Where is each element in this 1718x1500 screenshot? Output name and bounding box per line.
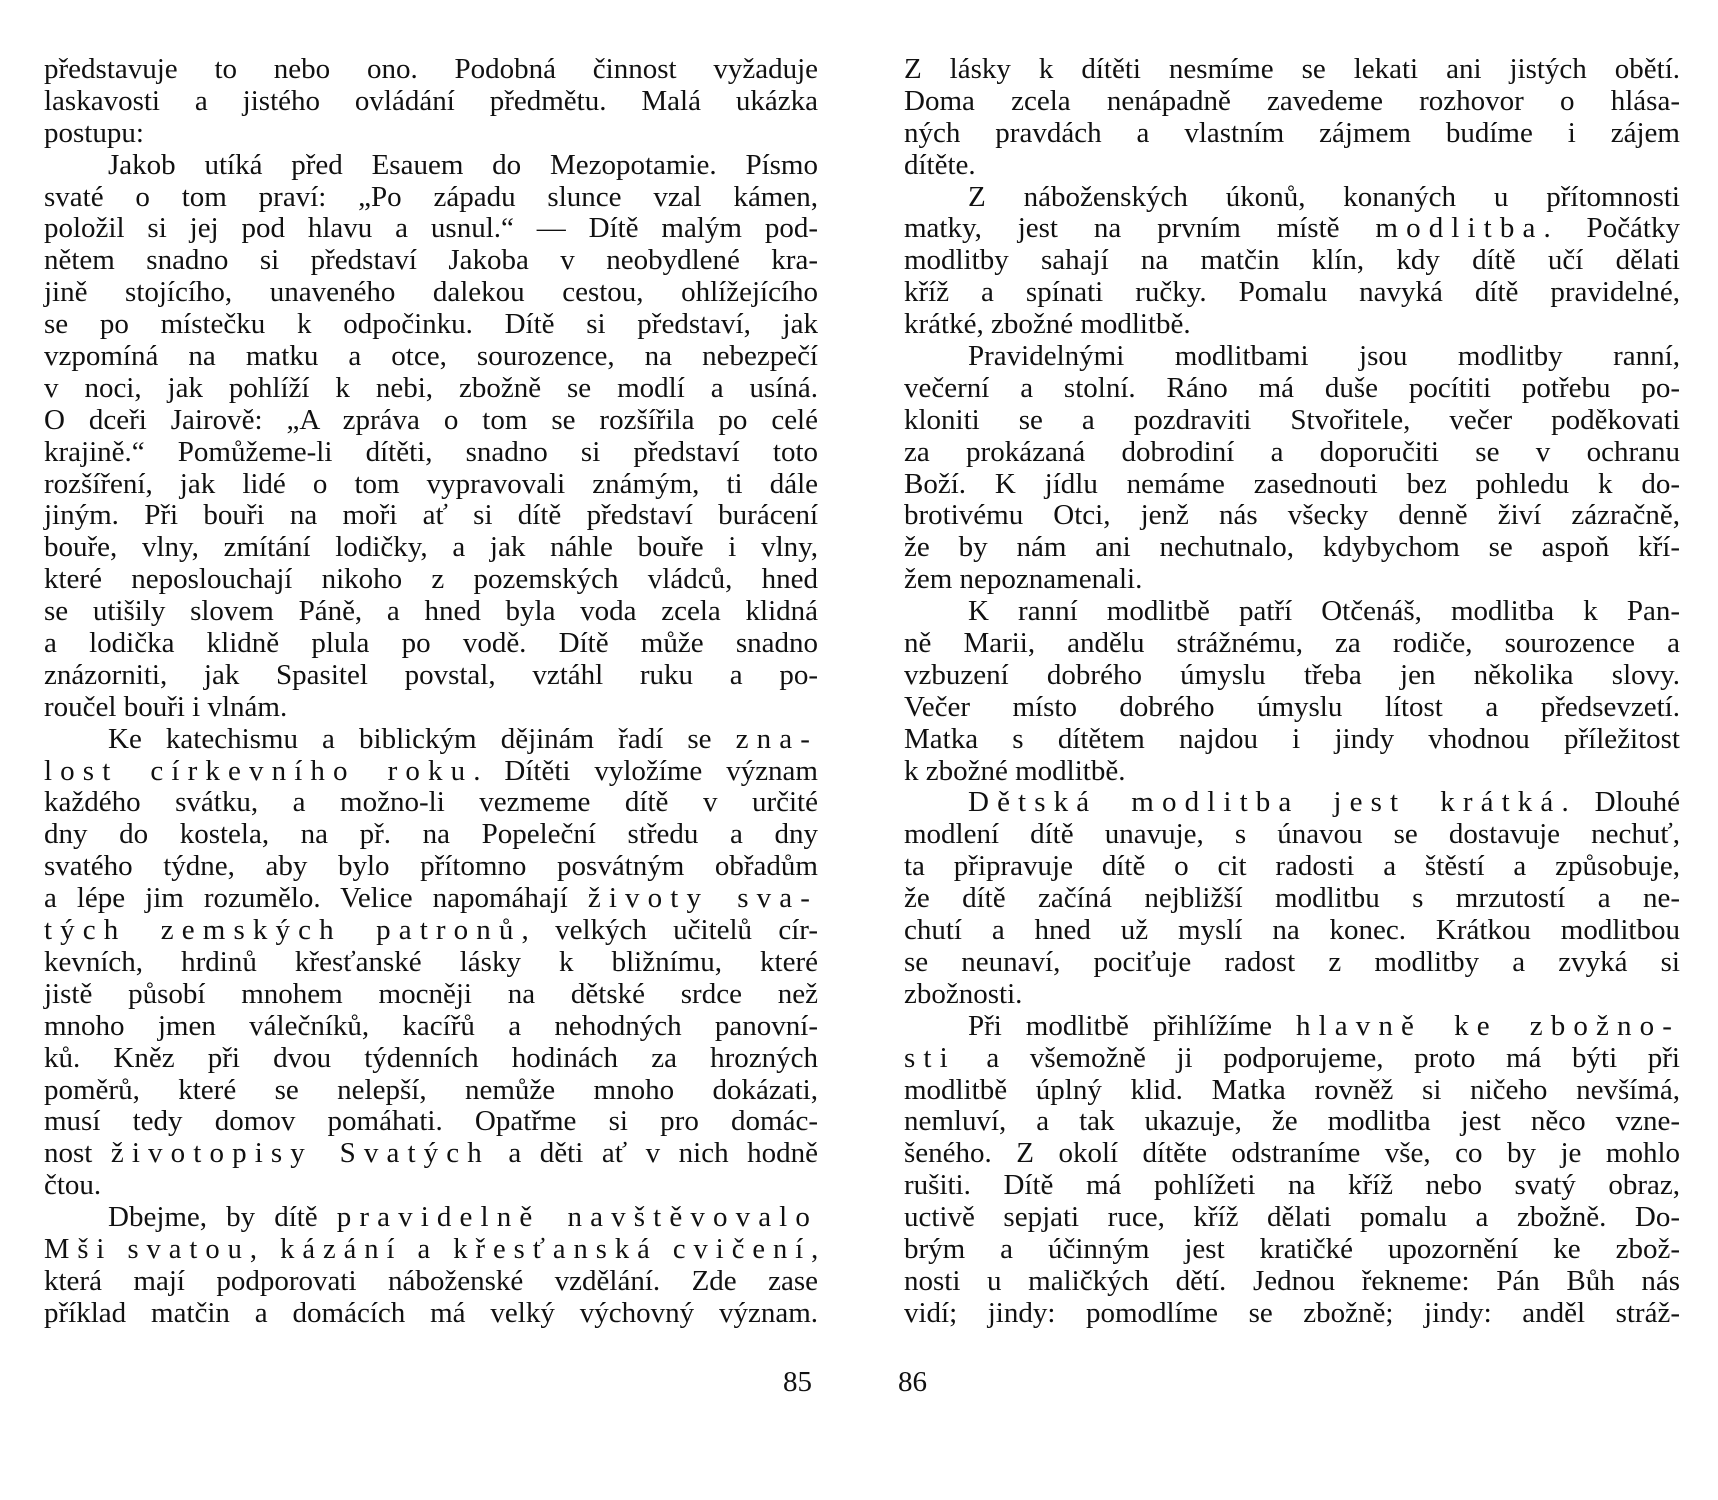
- emphasized-spaced-text: životy sva-: [588, 882, 818, 914]
- text-line: Matka s dítětem najdou i jindy vhodnou p…: [904, 724, 1680, 756]
- text-line: sti a všemožně ji podporujeme, proto má …: [904, 1043, 1680, 1075]
- text-line: ků. Kněz při dvou týdenních hodinách za …: [44, 1043, 818, 1075]
- text-segment: Ke katechismu a biblickým dějinám řadí s…: [108, 723, 736, 755]
- text-line: které neposlouchají nikoho z pozemských …: [44, 564, 818, 596]
- emphasized-spaced-text: lost církevního roku: [44, 755, 473, 787]
- text-segment: . Dítěti vyložíme význam: [473, 755, 818, 787]
- text-line: Z náboženských úkonů, konaných u přítomn…: [904, 182, 1680, 214]
- text-line: modlení dítě unavuje, s únavou se dostav…: [904, 819, 1680, 851]
- emphasized-spaced-text: pravidelně navštěvovalo: [337, 1201, 818, 1233]
- emphasized-spaced-text: Mši svatou, kázání a křesťanská cvičení: [44, 1233, 811, 1265]
- text-line: rušiti. Dítě má pohlížeti na kříž nebo s…: [904, 1170, 1680, 1202]
- text-line: Boží. K jídlu nemáme zasednouti bez pohl…: [904, 469, 1680, 501]
- emphasized-spaced-text: modlitba: [1375, 212, 1543, 244]
- text-line: a lépe jim rozumělo. Velice napomáhají ž…: [44, 883, 818, 915]
- text-line: jistě působí mnohem mocněji na dětské sr…: [44, 979, 818, 1011]
- text-line: nětem snadno si představí Jakoba v neoby…: [44, 245, 818, 277]
- text-line: se neunaví, pociťuje radost z modlitby a…: [904, 947, 1680, 979]
- text-line: jiným. Při bouři na moři ať si dítě před…: [44, 500, 818, 532]
- emphasized-spaced-text: Dětská modlitba jest krátká: [968, 786, 1561, 818]
- text-line: svaté o tom praví: „Po západu slunce vza…: [44, 182, 818, 214]
- text-line: brým a účinným jest kratičké upozornění …: [904, 1234, 1680, 1266]
- text-line: kříž a spínati ručky. Pomalu navyká dítě…: [904, 277, 1680, 309]
- text-line: vzbuzení dobrého úmyslu třeba jen několi…: [904, 660, 1680, 692]
- text-line: zbožnosti.: [904, 979, 1680, 1011]
- text-line: kloniti se a pozdraviti Stvořitele, veče…: [904, 405, 1680, 437]
- text-line: roučel bouři i vlnám.: [44, 692, 818, 724]
- text-line: jině stojícího, unaveného dalekou cestou…: [44, 277, 818, 309]
- text-line: Doma zcela nenápadně zavedeme rozhovor o…: [904, 86, 1680, 118]
- text-line: kevních, hrdinů křesťanské lásky k bližn…: [44, 947, 818, 979]
- text-line: vzpomíná na matku a otce, sourozence, na…: [44, 341, 818, 373]
- text-line: bouře, vlny, zmítání lodičky, a jak náhl…: [44, 532, 818, 564]
- text-line: čtou.: [44, 1170, 818, 1202]
- text-line: Z lásky k dítěti nesmíme se lekati ani j…: [904, 54, 1680, 86]
- text-line: šeného. Z okolí dítěte odstraníme vše, c…: [904, 1138, 1680, 1170]
- text-segment: Dbejme, by dítě: [108, 1201, 337, 1233]
- text-line: tých zemských patronů, velkých učitelů c…: [44, 915, 818, 947]
- text-line: v noci, jak pohlíží k nebi, zbožně se mo…: [44, 373, 818, 405]
- text-segment: nost: [44, 1137, 111, 1169]
- text-line: k zbožné modlitbě.: [904, 756, 1680, 788]
- text-line: Jakob utíká před Esauem do Mezopotamie. …: [44, 150, 818, 182]
- text-line: Ke katechismu a biblickým dějinám řadí s…: [44, 724, 818, 756]
- text-line: že dítě začíná nejbližší modlitbu s mrzu…: [904, 883, 1680, 915]
- text-line: musí tedy domov pomáhati. Opatřme si pro…: [44, 1106, 818, 1138]
- text-line: lost církevního roku. Dítěti vyložíme vý…: [44, 756, 818, 788]
- text-line: matky, jest na prvním místě modlitba. Po…: [904, 213, 1680, 245]
- page-number-right: 86: [898, 1366, 927, 1399]
- text-line: laskavosti a jistého ovládání předmětu. …: [44, 86, 818, 118]
- text-line: položil si jej pod hlavu a usnul.“ — Dít…: [44, 213, 818, 245]
- text-line: Pravidelnými modlitbami jsou modlitby ra…: [904, 341, 1680, 373]
- text-line: modlitby sahají na matčin klín, kdy dítě…: [904, 245, 1680, 277]
- text-line: která mají podporovati náboženské vzdělá…: [44, 1266, 818, 1298]
- text-line: Při modlitbě přihlížíme hlavně ke zbožno…: [904, 1011, 1680, 1043]
- text-line: ně Marii, andělu strážnému, za rodiče, s…: [904, 628, 1680, 660]
- text-line: postupu:: [44, 118, 818, 150]
- text-line: dítěte.: [904, 150, 1680, 182]
- emphasized-spaced-text: sti: [904, 1042, 956, 1074]
- right-page-text: Z lásky k dítěti nesmíme se lekati ani j…: [904, 54, 1680, 1330]
- text-line: ta připravuje dítě o cit radosti a štěst…: [904, 851, 1680, 883]
- text-line: mnoho jmen válečníků, kacířů a nehodných…: [44, 1011, 818, 1043]
- text-line: žem nepoznamenali.: [904, 564, 1680, 596]
- text-line: vidí; jindy: pomodlíme se zbožně; jindy:…: [904, 1298, 1680, 1330]
- text-line: se po místečku k odpočinku. Dítě si před…: [44, 309, 818, 341]
- text-segment: a lépe jim rozumělo. Velice napomáhají: [44, 882, 588, 914]
- text-segment: ,: [811, 1233, 818, 1265]
- text-line: Mši svatou, kázání a křesťanská cvičení,: [44, 1234, 818, 1266]
- text-segment: matky, jest na prvním místě: [904, 212, 1375, 244]
- text-line: za prokázaná dobrodiní a doporučiti se v…: [904, 437, 1680, 469]
- text-line: a lodička klidně plula po vodě. Dítě můž…: [44, 628, 818, 660]
- text-line: večerní a stolní. Ráno má duše pocítiti …: [904, 373, 1680, 405]
- emphasized-spaced-text: tých zemských patronů: [44, 914, 522, 946]
- text-line: svatého týdne, aby bylo přítomno posvátn…: [44, 851, 818, 883]
- text-line: Dbejme, by dítě pravidelně navštěvovalo: [44, 1202, 818, 1234]
- text-line: rozšíření, jak lidé o tom vypravovali zn…: [44, 469, 818, 501]
- emphasized-spaced-text: hlavně ke zbožno-: [1296, 1010, 1680, 1042]
- text-line: znázorniti, jak Spasitel povstal, vztáhl…: [44, 660, 818, 692]
- text-line: K ranní modlitbě patří Otčenáš, modlitba…: [904, 596, 1680, 628]
- text-line: Dětská modlitba jest krátká. Dlouhé: [904, 787, 1680, 819]
- text-segment: a všemožně ji podporujeme, proto má býti…: [956, 1042, 1680, 1074]
- text-segment: , velkých učitelů cír-: [522, 914, 818, 946]
- text-segment: a děti ať v nich hodně: [490, 1137, 818, 1169]
- text-line: nemluví, a tak ukazuje, že modlitba jest…: [904, 1106, 1680, 1138]
- text-line: Večer místo dobrého úmyslu lítost a před…: [904, 692, 1680, 724]
- text-line: příklad matčin a domácích má velký výcho…: [44, 1298, 818, 1330]
- emphasized-spaced-text: životopisy Svatých: [111, 1137, 490, 1169]
- text-line: poměrů, které se nelepší, nemůže mnoho d…: [44, 1075, 818, 1107]
- text-line: nosti u maličkých dětí. Jednou řekneme: …: [904, 1266, 1680, 1298]
- text-line: dny do kostela, na př. na Popeleční stře…: [44, 819, 818, 851]
- text-segment: . Dlouhé: [1561, 786, 1680, 818]
- text-line: se utišily slovem Páně, a hned byla voda…: [44, 596, 818, 628]
- text-line: krátké, zbožné modlitbě.: [904, 309, 1680, 341]
- text-segment: Při modlitbě přihlížíme: [968, 1010, 1296, 1042]
- text-line: modlitbě úplný klid. Matka rovněž si nič…: [904, 1075, 1680, 1107]
- text-line: ných pravdách a vlastním zájmem budíme i…: [904, 118, 1680, 150]
- text-line: představuje to nebo ono. Podobná činnost…: [44, 54, 818, 86]
- text-line: uctivě sepjati ruce, kříž dělati pomalu …: [904, 1202, 1680, 1234]
- text-line: každého svátku, a možno-li vezmeme dítě …: [44, 787, 818, 819]
- text-line: nost životopisy Svatých a děti ať v nich…: [44, 1138, 818, 1170]
- text-line: krajině.“ Pomůžeme-li dítěti, snadno si …: [44, 437, 818, 469]
- text-line: že by nám ani nechutnalo, kdybychom se a…: [904, 532, 1680, 564]
- text-segment: . Počátky: [1543, 212, 1680, 244]
- emphasized-spaced-text: zna-: [736, 723, 818, 755]
- text-line: brotivému Otci, jenž nás všecky denně ži…: [904, 500, 1680, 532]
- text-line: O dceři Jairově: „A zpráva o tom se rozš…: [44, 405, 818, 437]
- page-number-left: 85: [783, 1366, 812, 1399]
- text-line: chutí a hned už myslí na konec. Krátkou …: [904, 915, 1680, 947]
- left-page-text: představuje to nebo ono. Podobná činnost…: [44, 54, 818, 1330]
